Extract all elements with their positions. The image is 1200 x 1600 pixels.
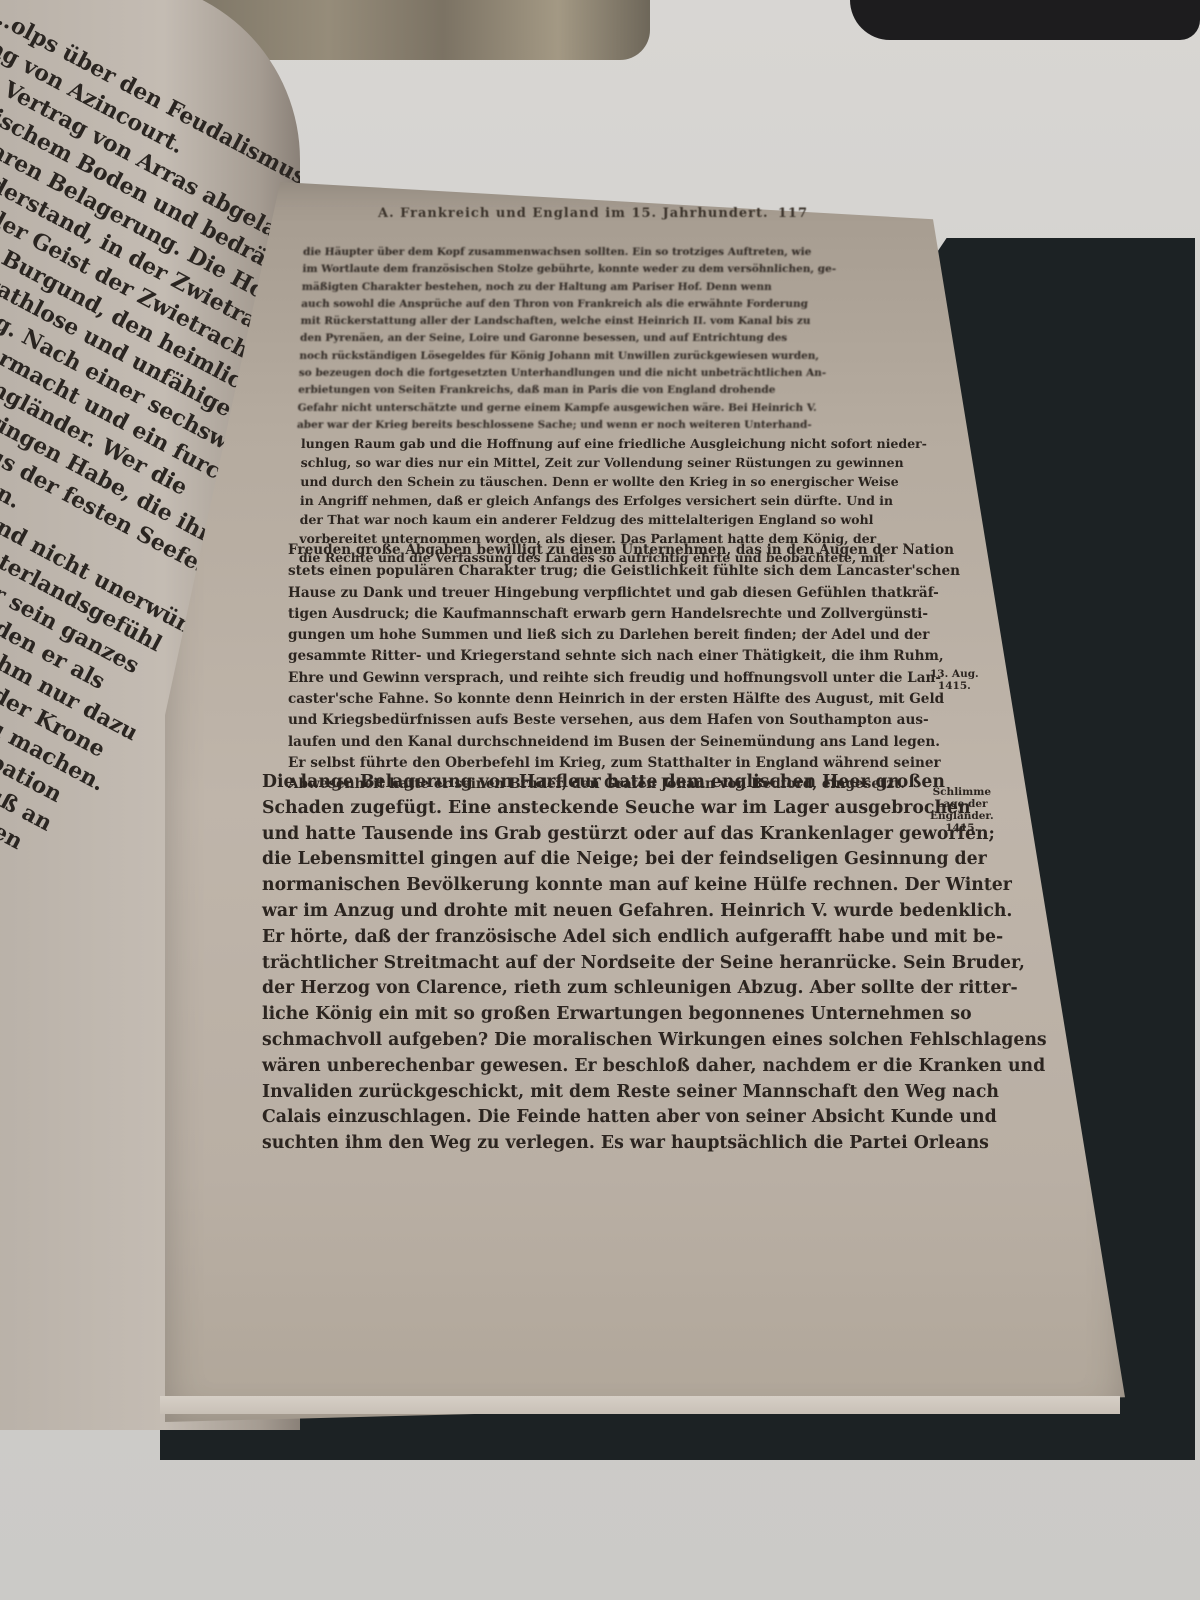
text-line: Die lange Belagerung von Harfleur hatte … [262,770,912,796]
text-line: noch rückständigen Lösegeldes für König … [299,348,870,365]
text-line: in Angriff nehmen, daß er gleich Anfangs… [300,491,890,510]
lower-text-block: Freuden große Abgaben bewilligt zu einem… [288,540,908,796]
paragraph-harfleur: Die lange Belagerung von Harfleur hatte … [262,770,912,1157]
text-line: normanischen Bevölkerung konnte man auf … [262,873,912,899]
margin-note-line: Lage der [930,798,994,810]
text-line: schlug, so war dies nur ein Mittel, Zeit… [300,453,890,472]
margin-note-line: 1415. [930,822,994,834]
running-head: A. Frankreich und England im 15. Jahrhun… [378,206,808,221]
margin-note-line: Engländer. [930,810,994,822]
margin-note-line: 1415. [930,680,979,692]
page-edge [160,1396,1120,1414]
margin-note-line: 13. Aug. [930,668,979,680]
text-line: lungen Raum gab und die Hoffnung auf ein… [301,434,891,453]
text-line: trächtlicher Streitmacht auf der Nordsei… [262,951,912,977]
blurred-text-block: die Häupter über dem Kopf zusammenwachse… [297,244,874,434]
text-line: Ehre und Gewinn versprach, und reihte si… [288,668,908,689]
text-line: Er hörte, daß der französische Adel sich… [262,925,912,951]
text-line: erbietungen von Seiten Frankreichs, daß … [298,382,869,399]
text-line: war im Anzug und drohte mit neuen Gefahr… [262,899,912,925]
text-line: die Häupter über dem Kopf zusammenwachse… [303,244,874,261]
text-line: liche König ein mit so großen Erwartunge… [262,1002,912,1028]
text-line: Freuden große Abgaben bewilligt zu einem… [288,540,908,561]
text-line: gungen um hohe Summen und ließ sich zu D… [288,625,908,646]
text-line: laufen und den Kanal durchschneidend im … [288,732,908,753]
text-line: Calais einzuschlagen. Die Feinde hatten … [262,1105,912,1131]
text-line: aber war der Krieg bereits beschlossene … [297,417,868,434]
text-line: und Kriegsbedürfnissen aufs Beste verseh… [288,710,908,731]
text-line: schmachvoll aufgeben? Die moralischen Wi… [262,1028,912,1054]
text-line: der Herzog von Clarence, rieth zum schle… [262,976,912,1002]
margin-note-situation: Schlimme Lage der Engländer. 1415. [930,786,994,834]
text-line: so bezeugen doch die fortgesetzten Unter… [298,365,869,382]
text-line: stets einen populären Charakter trug; di… [288,561,908,582]
text-line: im Wortlaute dem französischen Stolze ge… [302,261,873,278]
text-line: den Pyrenäen, an der Seine, Loire und Ga… [300,330,871,347]
text-line: Schaden zugefügt. Eine ansteckende Seuch… [262,796,912,822]
text-line: mit Rückerstattung aller der Landschafte… [300,313,871,330]
text-line: gesammte Ritter- und Kriegerstand sehnte… [288,646,908,667]
text-line: und durch den Schein zu täuschen. Denn e… [300,472,890,491]
text-line: Hause zu Dank und treuer Hingebung verpf… [288,583,908,604]
text-line: die Lebensmittel gingen auf die Neige; b… [262,847,912,873]
text-line: und hatte Tausende ins Grab gestürzt ode… [262,822,912,848]
margin-note-date: 13. Aug. 1415. [930,668,979,692]
text-line: caster'sche Fahne. So konnte denn Heinri… [288,689,908,710]
running-head-title: A. Frankreich und England im 15. Jahrhun… [378,206,769,221]
text-line: wären unberechenbar gewesen. Er beschloß… [262,1054,912,1080]
text-line: mäßigten Charakter bestehen, noch zu der… [302,279,873,296]
text-line: der That war noch kaum ein anderer Feldz… [300,510,890,529]
background-dark-object [850,0,1200,40]
page-number: 117 [778,206,808,221]
text-line: auch sowohl die Ansprüche auf den Thron … [301,296,872,313]
margin-note-line: Schlimme [930,786,994,798]
text-line: suchten ihm den Weg zu verlegen. Es war … [262,1131,912,1157]
text-line: Invaliden zurückgeschickt, mit dem Reste… [262,1080,912,1106]
text-line: Gefahr nicht unterschätzte und gerne ein… [297,400,868,417]
text-line: tigen Ausdruck; die Kaufmannschaft erwar… [288,604,908,625]
